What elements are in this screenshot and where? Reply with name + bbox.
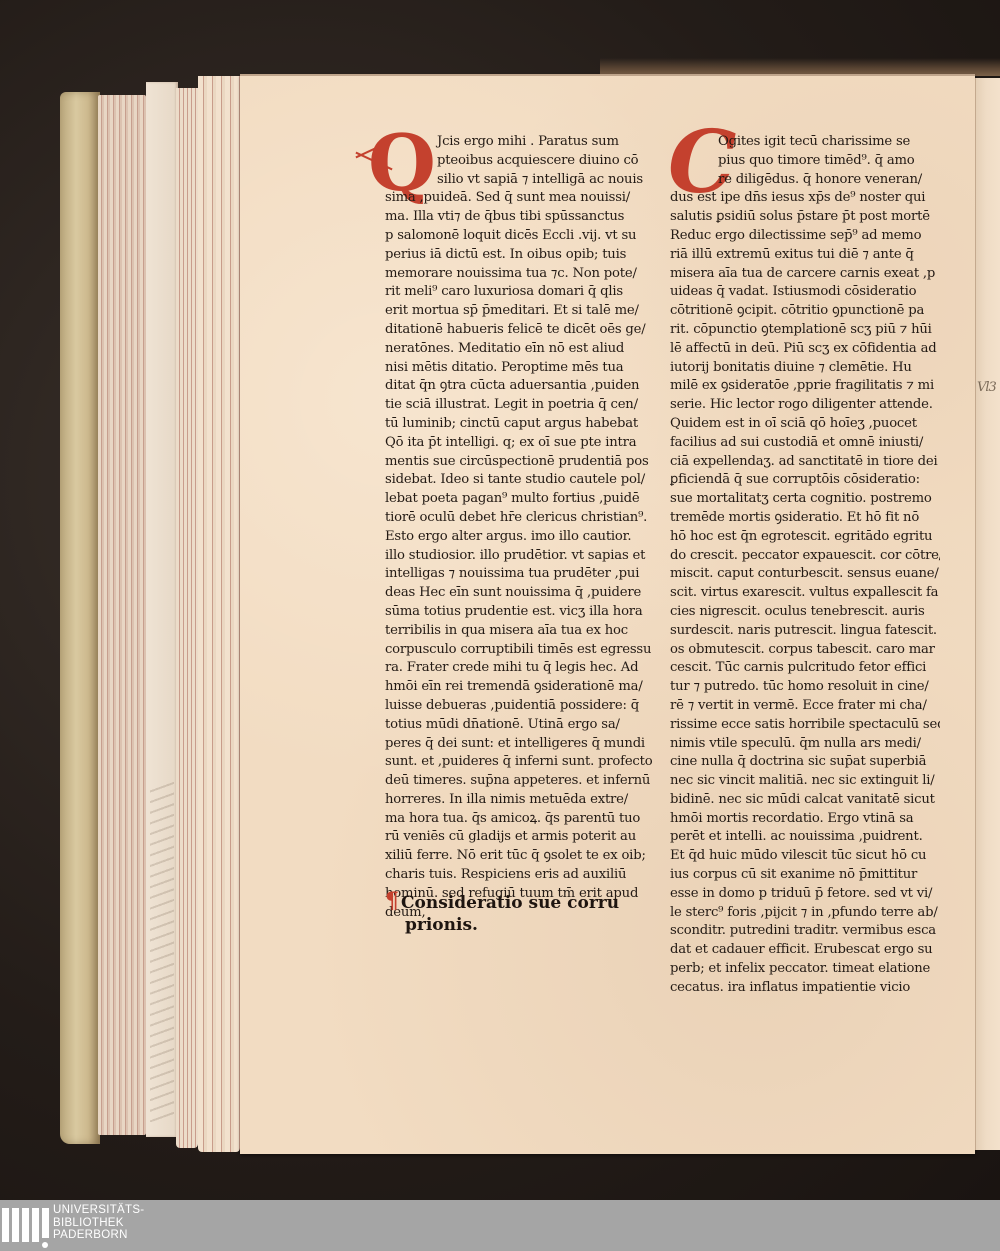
text-line: sconditr. putredini traditr. vermibus es… <box>670 922 940 941</box>
text-line: lē affectū in deū. Piū scʒ ex cōfidentia… <box>670 340 940 359</box>
text-column-right: Ogites igit tecū charissime sepius quo t… <box>670 133 940 998</box>
text-line: scit. virtus exarescit. vultus expallesc… <box>670 584 940 603</box>
text-line: corpusculo corruptibili timēs est egress… <box>385 641 655 660</box>
text-line: riā illū extremū exitus tui diē ⁊ ante q… <box>670 246 940 265</box>
text-line: ius corpus cū sit exanime nō p̄mittitur <box>670 866 940 885</box>
text-line: cōtritionē ꝯcipit. cōtritio ꝯpunctionē p… <box>670 302 940 321</box>
text-line: xiliū ferre. Nō erit tūc q̄ ꝯsolet te ex… <box>385 847 655 866</box>
text-line: tiorē oculū debet hr̄e clericus christia… <box>385 509 655 528</box>
text-line: rū veniēs cū gladijs et armis poterit au <box>385 828 655 847</box>
text-line: luisse debueras ,puidentiā possidere: q̄ <box>385 697 655 716</box>
text-line: sunt. et ,puideres q̄ inferni sunt. prof… <box>385 753 655 772</box>
text-line: uideas q̄ vadat. Istiusmodi cōsideratio <box>670 283 940 302</box>
text-line: rit meli⁹ caro luxuriosa domari q̄ qlis <box>385 283 655 302</box>
page-edges-block <box>146 82 178 1137</box>
text-line: miscit. caput conturbescit. sensus euane… <box>670 565 940 584</box>
text-line: cecatus. ira inflatus impatientie vicio <box>670 979 940 998</box>
text-line: rit. cōpunctio ꝯtemplationē scʒ piū ⁊ hū… <box>670 321 940 340</box>
text-line: sidebat. Ideo si tante studio cautele po… <box>385 471 655 490</box>
text-line: lebat poeta pagan⁹ multo fortius ,puidē <box>385 490 655 509</box>
text-line: tremēde mortis ꝯsideratio. Et hō fit nō <box>670 509 940 528</box>
text-line: horreres. In illa nimis metuēda extre/ <box>385 791 655 810</box>
margin-annotation: Vl3 <box>977 380 996 395</box>
text-line: mentis sue circūspectionē prudentiā pos <box>385 453 655 472</box>
text-line: peres q̄ dei sunt: et intelligeres q̄ mu… <box>385 735 655 754</box>
text-line: hmōi eīn rei tremendā ꝯsiderationē ma/ <box>385 678 655 697</box>
text-line: serie. Hic lector rogo diligenter attend… <box>670 396 940 415</box>
text-line: sima ,puideā. Sed q̄ sunt mea nouissi/ <box>385 189 655 208</box>
text-line: dus est ipe dn̄s iesus xp̄s de⁹ noster q… <box>670 189 940 208</box>
text-line: charis tuis. Respiciens eris ad auxiliū <box>385 866 655 885</box>
text-line: p salomonē loquit dicēs Eccli .vij. vt s… <box>385 227 655 246</box>
text-line: ciā expellendaʒ. ad sanctitatē in tiore … <box>670 453 940 472</box>
text-line: misera aīa tua de carcere carnis exeat ,… <box>670 265 940 284</box>
pilcrow-icon: ¶ <box>385 888 399 914</box>
text-line: cies nigrescit. oculus tenebrescit. auri… <box>670 603 940 622</box>
library-name: UNIVERSITÄTS- BIBLIOTHEK PADERBORN <box>53 1204 144 1242</box>
section-heading: ¶Consideratio sue corru prionis. <box>385 890 665 936</box>
text-line: perb; et infelix peccator. timeat elatio… <box>670 960 940 979</box>
facing-page-edge <box>975 78 1000 1150</box>
vellum-cover-edge <box>60 92 100 1144</box>
text-line: ditationē habueris felicē te dicēt oēs g… <box>385 321 655 340</box>
text-line: illo studiosior. illo prudētior. vt sapi… <box>385 547 655 566</box>
text-line: salutis ꝑsidiū solus p̄stare p̄t post mo… <box>670 208 940 227</box>
text-line: surdescit. naris putrescit. lingua fates… <box>670 622 940 641</box>
page-edges-stack-inner <box>176 88 198 1148</box>
text-line: hmōi mortis recordatio. Ergo vtinā sa <box>670 810 940 829</box>
stain-mark <box>150 782 174 1122</box>
text-line: deas Hec eīn sunt nouissima q̄ ,puidere <box>385 584 655 603</box>
text-line: tū luminib; cinctū caput argus habebat <box>385 415 655 434</box>
text-line: perēt et intelli. ac nouissima ,puid̄ren… <box>670 828 940 847</box>
text-line: tie sciā illustrat. Legit in poetria q̄ … <box>385 396 655 415</box>
text-line: pius quo timore timēd⁹. q̄ amo <box>670 152 940 171</box>
text-line: os obmutescit. corpus tabescit. caro mar <box>670 641 940 660</box>
heading-line-2: prionis. <box>385 915 478 935</box>
text-line: perius iā dictū est. In oibus opib; tuis <box>385 246 655 265</box>
heading-line-1: Consideratio sue corru <box>401 893 619 913</box>
text-line: Jcis ergo mihi . Paratus sum <box>385 133 655 152</box>
text-line: Esto ergo alter argus. imo illo cautior. <box>385 528 655 547</box>
text-line: bidinē. nec sic mūdi calcat vanitatē sic… <box>670 791 940 810</box>
text-line: ꝑficiendā q̄ sue corruptōis cōsideratio: <box>670 471 940 490</box>
library-name-line-3: PADERBORN <box>53 1229 144 1242</box>
text-line: Reduc ergo dilectissime sep̄⁹ ad memo <box>670 227 940 246</box>
text-line: cescit. Tūc carnis pulcritudo fetor effi… <box>670 659 940 678</box>
text-line: Quidem est in oī sciā qō hoīeʒ ,puocet <box>670 415 940 434</box>
text-line: pteoibus acquiescere diuino cō <box>385 152 655 171</box>
text-line: memorare nouissima tua ⁊c. Non pote/ <box>385 265 655 284</box>
text-line: rissime ecce satis horribile spectaculū … <box>670 716 940 735</box>
text-line: silio vt sapiā ⁊ intelligā ac nouis <box>385 171 655 190</box>
text-line: erit mortua sp̄ p̄meditari. Et si talē m… <box>385 302 655 321</box>
text-line: deū timeres. sup̄na appeteres. et infern… <box>385 772 655 791</box>
text-line: neratōnes. Meditatio eīn nō est aliud <box>385 340 655 359</box>
text-line: ma. Illa vti⁊ de q̄bus tibi spūssanctus <box>385 208 655 227</box>
text-line: cine nulla q̄ doctrina sic sup̄at superb… <box>670 753 940 772</box>
library-name-line-2: BIBLIOTHEK <box>53 1217 144 1230</box>
page-edges-stack <box>98 95 146 1135</box>
text-line: rē ⁊ vertit in vermē. Ecce frater mi cha… <box>670 697 940 716</box>
text-line: Et q̄d huic mūdo vilescit tūc sicut hō c… <box>670 847 940 866</box>
text-line: sue mortalitatʒ certa cognitio. postremo <box>670 490 940 509</box>
text-line: intelligas ⁊ nouissima tua prudēter ,pui <box>385 565 655 584</box>
text-line: re diligēdus. q̄ honore veneran/ <box>670 171 940 190</box>
library-name-line-1: UNIVERSITÄTS- <box>53 1204 144 1217</box>
library-watermark-bar: UNIVERSITÄTS- BIBLIOTHEK PADERBORN <box>0 1200 1000 1251</box>
text-line: Ogites igit tecū charissime se <box>670 133 940 152</box>
text-line: nimis vtile speculū. q̄m nulla ars medi/ <box>670 735 940 754</box>
text-column-left: Jcis ergo mihi . Paratus sumpteoibus acq… <box>385 133 655 922</box>
text-line: esse in domo p triduū p̄ fetore. sed vt … <box>670 885 940 904</box>
text-line: nisi mētis ditatio. Peroptime mēs tua <box>385 359 655 378</box>
page-edges-stack-near <box>198 76 240 1152</box>
text-line: dat et cadauer efficit. Erubescat ergo s… <box>670 941 940 960</box>
text-line: ma hora tua. q̄s amicoꝝ. q̄s parentū tuo <box>385 810 655 829</box>
text-line: milē ex ꝯsideratōe ,pprie fragilitatis ⁊… <box>670 377 940 396</box>
text-line: hō hoc est q̄n egrotescit. egritādo egri… <box>670 528 940 547</box>
text-line: ditat q̄n ꝯtra cūcta aduersantia ,puiden <box>385 377 655 396</box>
text-line: Qō ita p̄t intelligi. q; ex oī sue pte i… <box>385 434 655 453</box>
text-line: totius mūdi dn̄ationē. Utinā ergo sa/ <box>385 716 655 735</box>
text-line: tur ⁊ putredo. tūc homo resoluit in cine… <box>670 678 940 697</box>
text-line: facilius ad sui custodiā et omnē iniusti… <box>670 434 940 453</box>
text-line: ra. Frater crede mihi tu q̄ legis hec. A… <box>385 659 655 678</box>
text-line: iutorij bonitatis diuine ⁊ clemētie. Hu <box>670 359 940 378</box>
text-line: sūma totius prudentie est. vicʒ illa hor… <box>385 603 655 622</box>
text-line: terribilis in qua misera aīa tua ex hoc <box>385 622 655 641</box>
text-line: nec sic vincit malitiā. nec sic extingui… <box>670 772 940 791</box>
text-line: le sterc⁹ foris ,pijcit ⁊ in ,pfundo ter… <box>670 904 940 923</box>
text-line: do crescit. peccator expauescit. cor cōt… <box>670 547 940 566</box>
